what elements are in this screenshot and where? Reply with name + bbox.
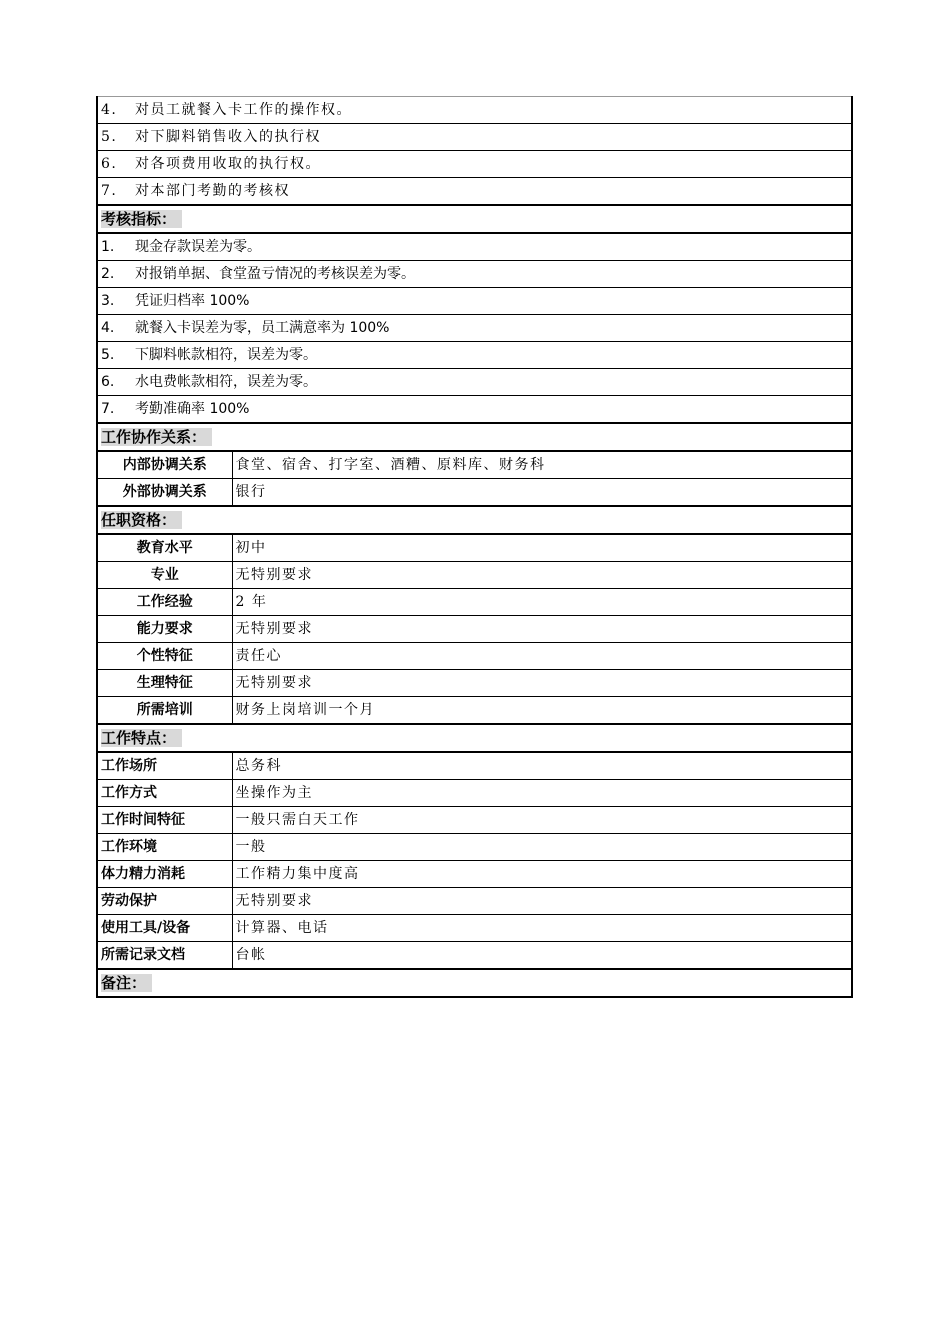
section-title: 工作特点： [101, 729, 182, 747]
item-number: 2. [101, 261, 135, 287]
item-text: 对本部门考勤的考核权 [135, 183, 290, 199]
qualification-row: 工作经验2 年 [97, 589, 852, 616]
item-number: 4. [101, 315, 135, 341]
section-header-remarks: 备注： [97, 969, 852, 997]
kpi-row: 4.就餐入卡误差为零，员工满意率为 100% [97, 315, 852, 342]
row-label: 工作经验 [97, 589, 232, 616]
item-number: 4. [101, 97, 135, 123]
qualification-row: 专业无特别要求 [97, 562, 852, 589]
row-value: 无特别要求 [232, 562, 852, 589]
row-value: 无特别要求 [232, 670, 852, 697]
row-value: 食堂、宿舍、打字室、酒糟、原料库、财务科 [232, 451, 852, 479]
row-label: 所需记录文档 [97, 942, 232, 970]
kpi-row: 1.现金存款误差为零。 [97, 233, 852, 261]
qualification-row: 能力要求无特别要求 [97, 616, 852, 643]
section-header-cooperation: 工作协作关系： [97, 423, 852, 451]
section-header-qualifications: 任职资格： [97, 506, 852, 534]
item-text: 对下脚料销售收入的执行权 [135, 129, 321, 145]
item-number: 7. [101, 178, 135, 204]
work-feature-row: 工作场所总务科 [97, 752, 852, 780]
work-feature-row: 使用工具/设备计算器、电话 [97, 915, 852, 942]
item-number: 6. [101, 369, 135, 395]
qualification-row: 生理特征无特别要求 [97, 670, 852, 697]
item-text: 对员工就餐入卡工作的操作权。 [135, 102, 352, 118]
authority-row: 6.对各项费用收取的执行权。 [97, 151, 852, 178]
item-number: 5. [101, 342, 135, 368]
section-title: 备注： [101, 974, 152, 992]
item-text: 现金存款误差为零。 [135, 239, 261, 255]
row-value: 一般只需白天工作 [232, 807, 852, 834]
cooperation-row: 外部协调关系 银行 [97, 479, 852, 507]
qualification-row: 所需培训财务上岗培训一个月 [97, 697, 852, 725]
item-number: 7. [101, 396, 135, 422]
row-label: 工作方式 [97, 780, 232, 807]
row-value: 初中 [232, 534, 852, 562]
qualification-row: 个性特征责任心 [97, 643, 852, 670]
item-text: 对报销单据、食堂盈亏情况的考核误差为零。 [135, 266, 415, 282]
row-label: 内部协调关系 [97, 451, 232, 479]
row-value: 一般 [232, 834, 852, 861]
row-value: 责任心 [232, 643, 852, 670]
item-number: 6. [101, 151, 135, 177]
row-value: 银行 [232, 479, 852, 507]
work-feature-row: 体力精力消耗工作精力集中度高 [97, 861, 852, 888]
item-number: 3. [101, 288, 135, 314]
work-feature-row: 工作环境一般 [97, 834, 852, 861]
row-label: 劳动保护 [97, 888, 232, 915]
item-text: 水电费帐款相符，误差为零。 [135, 374, 317, 390]
row-label: 工作时间特征 [97, 807, 232, 834]
kpi-row: 2.对报销单据、食堂盈亏情况的考核误差为零。 [97, 261, 852, 288]
item-text: 下脚料帐款相符，误差为零。 [135, 347, 317, 363]
work-feature-row: 工作方式坐操作为主 [97, 780, 852, 807]
section-title: 考核指标： [101, 210, 182, 228]
section-title: 工作协作关系： [101, 428, 212, 446]
row-label: 使用工具/设备 [97, 915, 232, 942]
kpi-row: 7.考勤准确率 100% [97, 396, 852, 424]
authority-row: 4.对员工就餐入卡工作的操作权。 [97, 97, 852, 124]
row-value: 计算器、电话 [232, 915, 852, 942]
kpi-row: 5.下脚料帐款相符，误差为零。 [97, 342, 852, 369]
section-header-work-features: 工作特点： [97, 724, 852, 752]
row-label: 生理特征 [97, 670, 232, 697]
job-description-table: 4.对员工就餐入卡工作的操作权。 5.对下脚料销售收入的执行权 6.对各项费用收… [96, 96, 853, 998]
row-label: 体力精力消耗 [97, 861, 232, 888]
row-value: 台帐 [232, 942, 852, 970]
authority-row: 5.对下脚料销售收入的执行权 [97, 124, 852, 151]
row-label: 工作环境 [97, 834, 232, 861]
row-value: 工作精力集中度高 [232, 861, 852, 888]
work-feature-row: 工作时间特征一般只需白天工作 [97, 807, 852, 834]
row-value: 财务上岗培训一个月 [232, 697, 852, 725]
item-number: 1. [101, 234, 135, 260]
row-label: 个性特征 [97, 643, 232, 670]
item-text: 考勤准确率 100% [135, 401, 249, 417]
row-label: 专业 [97, 562, 232, 589]
row-value: 2 年 [232, 589, 852, 616]
work-feature-row: 劳动保护无特别要求 [97, 888, 852, 915]
item-text: 就餐入卡误差为零，员工满意率为 100% [135, 320, 389, 336]
row-value: 无特别要求 [232, 888, 852, 915]
row-label: 工作场所 [97, 752, 232, 780]
row-value: 坐操作为主 [232, 780, 852, 807]
item-text: 凭证归档率 100% [135, 293, 249, 309]
row-label: 所需培训 [97, 697, 232, 725]
cooperation-row: 内部协调关系 食堂、宿舍、打字室、酒糟、原料库、财务科 [97, 451, 852, 479]
row-label: 教育水平 [97, 534, 232, 562]
row-value: 总务科 [232, 752, 852, 780]
row-label: 外部协调关系 [97, 479, 232, 507]
row-label: 能力要求 [97, 616, 232, 643]
row-value: 无特别要求 [232, 616, 852, 643]
section-header-kpi: 考核指标： [97, 205, 852, 233]
authority-row: 7.对本部门考勤的考核权 [97, 178, 852, 206]
item-text: 对各项费用收取的执行权。 [135, 156, 321, 172]
kpi-row: 6.水电费帐款相符，误差为零。 [97, 369, 852, 396]
qualification-row: 教育水平初中 [97, 534, 852, 562]
work-feature-row: 所需记录文档台帐 [97, 942, 852, 970]
item-number: 5. [101, 124, 135, 150]
kpi-row: 3.凭证归档率 100% [97, 288, 852, 315]
section-title: 任职资格： [101, 511, 182, 529]
